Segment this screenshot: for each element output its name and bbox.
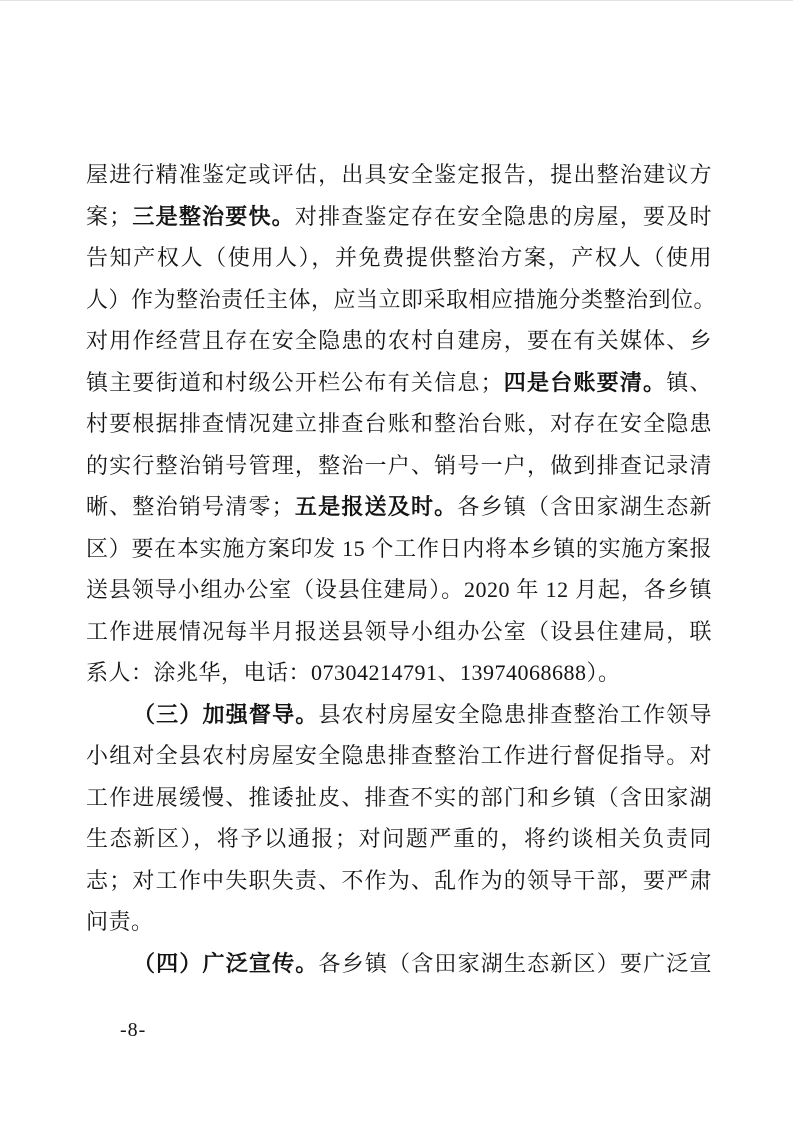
bold-text-run: 三是整治要快。 bbox=[132, 204, 295, 229]
paragraph: （四）广泛宣传。各乡镇（含田家湖生态新区）要广泛宣 bbox=[86, 943, 712, 985]
text-run: 对排查鉴定存在安全隐患的房屋，要及时 bbox=[295, 204, 712, 229]
text-run: 告知产权人（使用人），并免费提供整治方案，产权人（使用 bbox=[86, 245, 712, 270]
text-line: 工作进展缓慢、推诿扯皮、排查不实的部门和乡镇（含田家湖 bbox=[86, 777, 712, 819]
document-viewport: { "page": { "page_number": "-8-" }, "doc… bbox=[0, 0, 793, 1122]
text-line: 晰、整治销号清零；五是报送及时。各乡镇（含田家湖生态新 bbox=[86, 486, 712, 528]
bold-text-run: 四是台账要清。 bbox=[503, 370, 666, 395]
text-run: 案； bbox=[86, 204, 132, 229]
text-line: 送县领导小组办公室（设县住建局）。2020 年 12 月起，各乡镇 bbox=[86, 569, 712, 611]
text-line: 系人：涂兆华，电话：07304214791、13974068688）。 bbox=[86, 652, 712, 694]
body-text-block: 屋进行精准鉴定或评估，出具安全鉴定报告，提出整治建议方案；三是整治要快。对排查鉴… bbox=[86, 154, 712, 984]
text-line: 问责。 bbox=[86, 901, 712, 943]
text-run: 晰、整治销号清零； bbox=[86, 494, 294, 519]
text-line: 工作进展情况每半月报送县领导小组办公室（设县住建局，联 bbox=[86, 611, 712, 653]
bold-text-run: （四）广泛宣传。 bbox=[133, 951, 319, 976]
text-run: 各乡镇（含田家湖生态新区）要广泛宣 bbox=[319, 951, 712, 976]
text-run: 对用作经营且存在安全隐患的农村自建房，要在有关媒体、乡 bbox=[86, 328, 712, 353]
text-run: 屋进行精准鉴定或评估，出具安全鉴定报告，提出整治建议方 bbox=[86, 162, 712, 187]
text-line: 案；三是整治要快。对排查鉴定存在安全隐患的房屋，要及时 bbox=[86, 196, 712, 238]
text-line: 的实行整治销号管理，整治一户、销号一户，做到排查记录清 bbox=[86, 445, 712, 487]
text-run: 工作进展缓慢、推诿扯皮、排查不实的部门和乡镇（含田家湖 bbox=[86, 785, 712, 810]
text-run: 生态新区），将予以通报；对问题严重的，将约谈相关负责同 bbox=[86, 826, 712, 851]
text-run: 镇主要街道和村级公开栏公布有关信息； bbox=[86, 370, 503, 395]
text-run: 问责。 bbox=[86, 909, 154, 934]
text-run: 工作进展情况每半月报送县领导小组办公室（设县住建局，联 bbox=[86, 619, 712, 644]
bold-text-run: 五是报送及时。 bbox=[294, 494, 457, 519]
text-line: 屋进行精准鉴定或评估，出具安全鉴定报告，提出整治建议方 bbox=[86, 154, 712, 196]
text-line: （三）加强督导。县农村房屋安全隐患排查整治工作领导 bbox=[86, 694, 712, 736]
text-run: 小组对全县农村房屋安全隐患排查整治工作进行督促指导。对 bbox=[86, 743, 712, 768]
bold-text-run: （三）加强督导。 bbox=[133, 702, 319, 727]
document-page: 屋进行精准鉴定或评估，出具安全鉴定报告，提出整治建议方案；三是整治要快。对排查鉴… bbox=[0, 0, 793, 1122]
text-run: 人）作为整治责任主体，应当立即采取相应措施分类整治到位。 bbox=[86, 287, 716, 312]
text-line: 小组对全县农村房屋安全隐患排查整治工作进行督促指导。对 bbox=[86, 735, 712, 777]
text-run: 村要根据排查情况建立排查台账和整治台账，对存在安全隐患 bbox=[86, 411, 712, 436]
text-run: 志；对工作中失职失责、不作为、乱作为的领导干部，要严肃 bbox=[86, 868, 712, 893]
text-line: 镇主要街道和村级公开栏公布有关信息；四是台账要清。镇、 bbox=[86, 362, 712, 404]
text-line: 对用作经营且存在安全隐患的农村自建房，要在有关媒体、乡 bbox=[86, 320, 712, 362]
text-run: 的实行整治销号管理，整治一户、销号一户，做到排查记录清 bbox=[86, 453, 712, 478]
text-line: 告知产权人（使用人），并免费提供整治方案，产权人（使用 bbox=[86, 237, 712, 279]
text-line: 志；对工作中失职失责、不作为、乱作为的领导干部，要严肃 bbox=[86, 860, 712, 902]
text-line: （四）广泛宣传。各乡镇（含田家湖生态新区）要广泛宣 bbox=[86, 943, 712, 985]
text-run: 各乡镇（含田家湖生态新 bbox=[457, 494, 712, 519]
text-run: 区）要在本实施方案印发 15 个工作日内将本乡镇的实施方案报 bbox=[86, 536, 712, 561]
text-line: 区）要在本实施方案印发 15 个工作日内将本乡镇的实施方案报 bbox=[86, 528, 712, 570]
text-run: 送县领导小组办公室（设县住建局）。2020 年 12 月起，各乡镇 bbox=[86, 577, 712, 602]
text-line: 人）作为整治责任主体，应当立即采取相应措施分类整治到位。 bbox=[86, 279, 712, 321]
text-run: 镇、 bbox=[666, 370, 712, 395]
text-line: 村要根据排查情况建立排查台账和整治台账，对存在安全隐患 bbox=[86, 403, 712, 445]
text-run: 县农村房屋安全隐患排查整治工作领导 bbox=[319, 702, 712, 727]
paragraph: （三）加强督导。县农村房屋安全隐患排查整治工作领导小组对全县农村房屋安全隐患排查… bbox=[86, 694, 712, 943]
text-line: 生态新区），将予以通报；对问题严重的，将约谈相关负责同 bbox=[86, 818, 712, 860]
page-number: -8- bbox=[120, 1018, 146, 1042]
paragraph: 屋进行精准鉴定或评估，出具安全鉴定报告，提出整治建议方案；三是整治要快。对排查鉴… bbox=[86, 154, 712, 694]
text-run: 系人：涂兆华，电话：07304214791、13974068688）。 bbox=[86, 660, 621, 685]
